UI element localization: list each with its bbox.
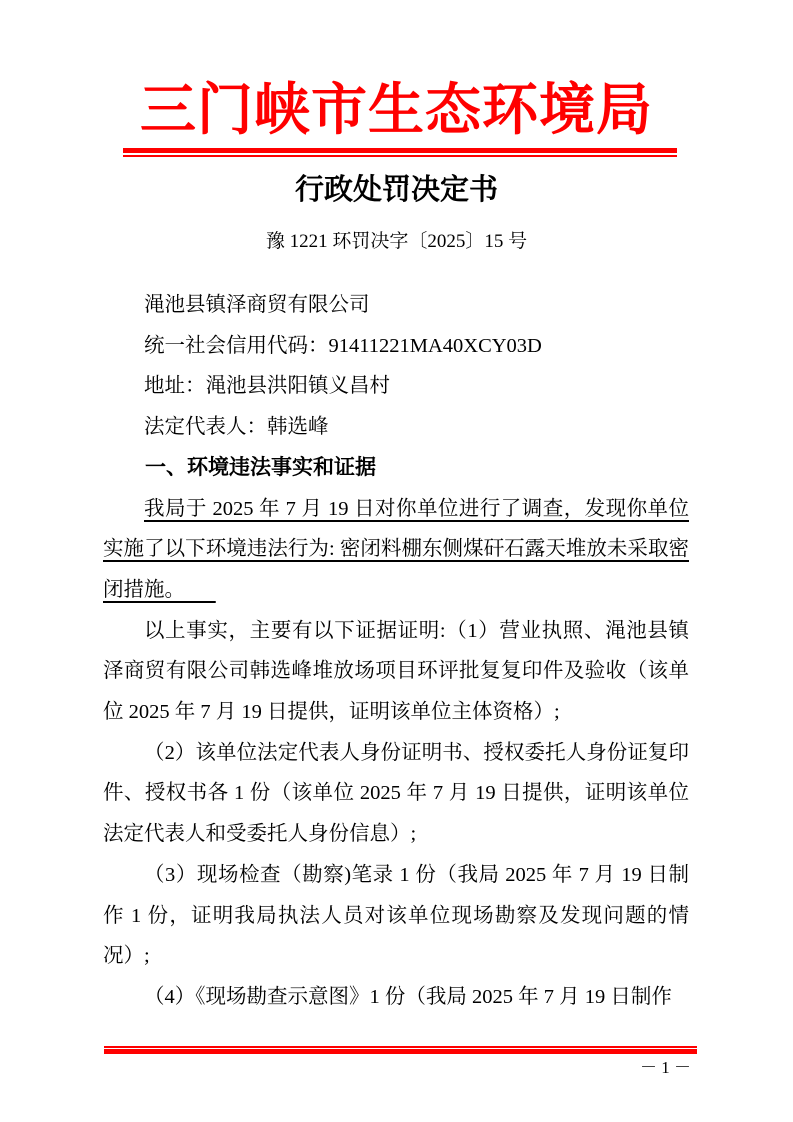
footer-rule bbox=[104, 1046, 697, 1054]
credit-code-line: 统一社会信用代码：91411221MA40XCY03D bbox=[103, 326, 689, 367]
evidence-paragraph-4: （4）《现场勘查示意图》1 份（我局 2025 年 7 月 19 日制作 bbox=[103, 977, 689, 1018]
evidence-paragraph-3: （3）现场检查（勘察)笔录 1 份（我局 2025 年 7 月 19 日制作 1… bbox=[103, 855, 689, 977]
evidence-paragraph-2: （2）该单位法定代表人身份证明书、授权委托人身份证复印件、授权书各 1 份（该单… bbox=[103, 733, 689, 855]
document-title: 行政处罚决定书 bbox=[0, 173, 793, 207]
document-number: 豫 1221 环罚决字〔2025〕15 号 bbox=[0, 229, 793, 254]
header-rule bbox=[123, 148, 677, 157]
document-page: 三门峡市生态环境局 行政处罚决定书 豫 1221 环罚决字〔2025〕15 号 … bbox=[0, 0, 793, 1122]
evidence-paragraph-1: 以上事实，主要有以下证据证明:（1）营业执照、渑池县镇泽商贸有限公司韩选峰堆放场… bbox=[103, 611, 689, 733]
document-body: 渑池县镇泽商贸有限公司 统一社会信用代码：91411221MA40XCY03D … bbox=[103, 285, 689, 1018]
agency-name: 三门峡市生态环境局 bbox=[0, 80, 793, 142]
header-rule-thick-line bbox=[123, 148, 677, 153]
footer-rule-thin-line bbox=[104, 1046, 697, 1048]
section-1-heading: 一、环境违法事实和证据 bbox=[103, 448, 689, 489]
party-name-line: 渑池县镇泽商贸有限公司 bbox=[103, 285, 689, 326]
violation-finding-paragraph: 我局于 2025 年 7 月 19 日对你单位进行了调查，发现你单位实施了以下环… bbox=[103, 489, 689, 611]
page-number: － 1 － bbox=[640, 1058, 691, 1078]
footer-rule-thick-line bbox=[104, 1049, 697, 1054]
address-line: 地址：渑池县洪阳镇义昌村 bbox=[103, 366, 689, 407]
header-rule-thin-line bbox=[123, 155, 677, 157]
legal-representative-line: 法定代表人：韩选峰 bbox=[103, 407, 689, 448]
